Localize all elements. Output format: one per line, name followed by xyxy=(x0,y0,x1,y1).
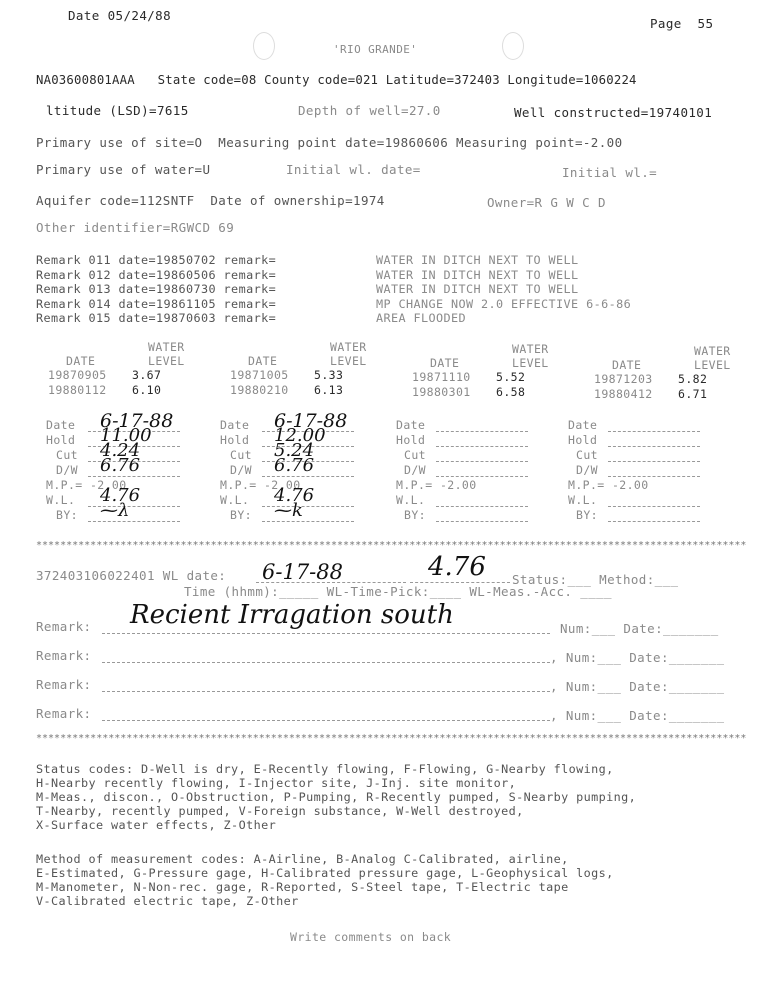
remark-text: MP CHANGE NOW 2.0 EFFECTIVE 6-6-86 xyxy=(376,297,631,311)
form-field-dw-line xyxy=(262,476,354,477)
remark-input-line[interactable] xyxy=(102,633,550,634)
num-date-fields[interactable]: , Num:___ Date:_______ xyxy=(550,708,724,723)
primary-use-site: Primary use of site=O Measuring point da… xyxy=(36,135,623,150)
form-label-dw: D/W xyxy=(576,463,598,477)
wl-level: 5.33 xyxy=(314,368,343,382)
remark-input-line[interactable] xyxy=(102,720,550,721)
wl-date: 19880112 xyxy=(48,383,107,397)
form-label-dw: D/W xyxy=(404,463,426,477)
form-label-hold: Hold xyxy=(46,433,75,447)
form-field-date-line xyxy=(436,431,528,432)
remark-label: Remark: xyxy=(36,677,91,692)
remark-label: Remark: xyxy=(36,706,91,721)
primary-use-water: Primary use of water=U xyxy=(36,162,210,177)
form-field-by-line xyxy=(88,521,180,522)
wl-level: 6.71 xyxy=(678,387,707,401)
altitude: ltitude (LSD)=7615 xyxy=(46,103,189,118)
remark-label: Remark 014 date=19861105 remark= xyxy=(36,297,276,311)
basin-title: 'RIO GRANDE' xyxy=(333,43,417,56)
status-code-line: H-Nearby recently flowing, I-Injector si… xyxy=(36,776,516,790)
wl-level: 6.10 xyxy=(132,383,161,397)
wl-date: 19880210 xyxy=(230,383,289,397)
header-water: WATER xyxy=(330,340,367,354)
remark-input-line[interactable] xyxy=(102,662,550,663)
header-level: LEVEL xyxy=(694,358,731,372)
form-field-by-handwritten[interactable]: ⁓k xyxy=(274,500,303,521)
form-label-wl: W.L. xyxy=(396,493,425,507)
header-date: DATE xyxy=(248,354,277,368)
depth-of-well: Depth of well=27.0 xyxy=(298,103,441,118)
form-field-wl-line xyxy=(436,506,528,507)
form-label-dw: D/W xyxy=(56,463,78,477)
status-code-line: T-Nearby, recently pumped, V-Foreign sub… xyxy=(36,804,524,818)
remark-label: Remark 015 date=19870603 remark= xyxy=(36,311,276,325)
punch-hole xyxy=(253,32,275,60)
remark-text: WATER IN DITCH NEXT TO WELL xyxy=(376,253,579,267)
form-field-hold-line xyxy=(608,446,700,447)
remark-label: Remark 012 date=19860506 remark= xyxy=(36,268,276,282)
other-identifier: Other identifier=RGWCD 69 xyxy=(36,220,234,235)
remark-label: Remark: xyxy=(36,619,91,634)
remark-label: Remark 011 date=19850702 remark= xyxy=(36,253,276,267)
header-water: WATER xyxy=(694,344,731,358)
form-field-by-line xyxy=(436,521,528,522)
method-code-line: V-Calibrated electric tape, Z-Other xyxy=(36,894,299,908)
form-field-date-line xyxy=(608,431,700,432)
separator-stars: ****************************************… xyxy=(36,540,764,551)
header-level: LEVEL xyxy=(512,356,549,370)
wl-date-handwritten[interactable]: 6-17-88 xyxy=(262,560,343,584)
wl-date: 19880412 xyxy=(594,387,653,401)
punch-hole xyxy=(502,32,524,60)
header-level: LEVEL xyxy=(330,354,367,368)
header-water: WATER xyxy=(512,342,549,356)
initial-wl-date: Initial wl. date= xyxy=(286,162,421,177)
form-field-dw-handwritten[interactable]: 6.76 xyxy=(274,455,314,476)
form-field-by-line xyxy=(608,521,700,522)
well-constructed: Well constructed=19740101 xyxy=(514,105,712,120)
method-code-line: E-Estimated, G-Pressure gage, H-Calibrat… xyxy=(36,866,614,880)
form-label-by: BY: xyxy=(576,508,598,522)
form-label-wl: W.L. xyxy=(220,493,249,507)
form-label-dw: D/W xyxy=(230,463,252,477)
remark-text: AREA FLOODED xyxy=(376,311,466,325)
form-label-by: BY: xyxy=(56,508,78,522)
footer-note: Write comments on back xyxy=(290,930,451,944)
form-label-mp: M.P.= -2.00 xyxy=(396,478,477,492)
wl-level: 6.58 xyxy=(496,385,525,399)
time-fields[interactable]: Time (hhmm):_____ WL-Time-Pick:____ WL-M… xyxy=(184,584,612,599)
wl-level: 3.67 xyxy=(132,368,161,382)
page-number: Page 55 xyxy=(650,16,713,31)
wl-level: 5.52 xyxy=(496,370,525,384)
status-code-line: M-Meas., discon., O-Obstruction, P-Pumpi… xyxy=(36,790,636,804)
form-field-dw-handwritten[interactable]: 6.76 xyxy=(100,455,140,476)
wl-date: 19870905 xyxy=(48,368,107,382)
report-date: Date 05/24/88 xyxy=(68,8,171,23)
remark-label: Remark: xyxy=(36,648,91,663)
header-level: LEVEL xyxy=(148,354,185,368)
remark-label: Remark 013 date=19860730 remark= xyxy=(36,282,276,296)
form-label-wl: W.L. xyxy=(568,493,597,507)
form-field-hold-line xyxy=(436,446,528,447)
form-field-dw-line xyxy=(88,476,180,477)
header-water: WATER xyxy=(148,340,185,354)
remark-input-line[interactable] xyxy=(102,691,550,692)
form-field-dw-line xyxy=(608,476,700,477)
aquifer-code: Aquifer code=112SNTF Date of ownership=1… xyxy=(36,193,385,208)
form-label-date: Date xyxy=(396,418,425,432)
remark-text: WATER IN DITCH NEXT TO WELL xyxy=(376,282,579,296)
num-date-fields[interactable]: Num:___ Date:_______ xyxy=(560,621,719,636)
form-label-hold: Hold xyxy=(568,433,597,447)
header-date: DATE xyxy=(430,356,459,370)
wl-date: 19871203 xyxy=(594,372,653,386)
remark-text: WATER IN DITCH NEXT TO WELL xyxy=(376,268,579,282)
initial-wl: Initial wl.= xyxy=(562,165,657,180)
wl-date: 19880301 xyxy=(412,385,471,399)
form-label-date: Date xyxy=(46,418,75,432)
header-date: DATE xyxy=(612,358,641,372)
form-label-hold: Hold xyxy=(396,433,425,447)
form-label-cut: Cut xyxy=(56,448,78,462)
form-label-by: BY: xyxy=(404,508,426,522)
form-label-date: Date xyxy=(568,418,597,432)
form-field-by-handwritten[interactable]: ⁓λ xyxy=(100,500,129,521)
form-label-mp: M.P.= -2.00 xyxy=(568,478,649,492)
station-wl-date-label: 372403106022401 WL date: xyxy=(36,568,226,583)
wl-value-field-line xyxy=(410,582,510,583)
form-label-hold: Hold xyxy=(220,433,249,447)
form-field-cut-line xyxy=(608,461,700,462)
wl-level: 6.13 xyxy=(314,383,343,397)
form-field-wl-line xyxy=(608,506,700,507)
separator-stars: ****************************************… xyxy=(36,733,764,744)
form-field-by-line xyxy=(262,521,354,522)
remark-handwritten[interactable]: Recient Irragation south xyxy=(130,600,454,630)
form-label-cut: Cut xyxy=(230,448,252,462)
form-field-cut-line xyxy=(436,461,528,462)
method-code-line: Method of measurement codes: A-Airline, … xyxy=(36,852,569,866)
form-label-cut: Cut xyxy=(576,448,598,462)
form-label-by: BY: xyxy=(230,508,252,522)
status-code-line: X-Surface water effects, Z-Other xyxy=(36,818,276,832)
owner: Owner=R G W C D xyxy=(487,195,606,210)
status-code-line: Status codes: D-Well is dry, E-Recently … xyxy=(36,762,614,776)
wl-date: 19871110 xyxy=(412,370,471,384)
header-date: DATE xyxy=(66,354,95,368)
method-code-line: M-Manometer, N-Non-rec. gage, R-Reported… xyxy=(36,880,569,894)
wl-date: 19871005 xyxy=(230,368,289,382)
site-id-line: NA03600801AAA State code=08 County code=… xyxy=(36,73,637,87)
form-label-date: Date xyxy=(220,418,249,432)
num-date-fields[interactable]: , Num:___ Date:_______ xyxy=(550,650,724,665)
form-label-wl: W.L. xyxy=(46,493,75,507)
wl-value-handwritten[interactable]: 4.76 xyxy=(428,552,486,582)
form-field-dw-line xyxy=(436,476,528,477)
form-label-cut: Cut xyxy=(404,448,426,462)
wl-level: 5.82 xyxy=(678,372,707,386)
num-date-fields[interactable]: , Num:___ Date:_______ xyxy=(550,679,724,694)
